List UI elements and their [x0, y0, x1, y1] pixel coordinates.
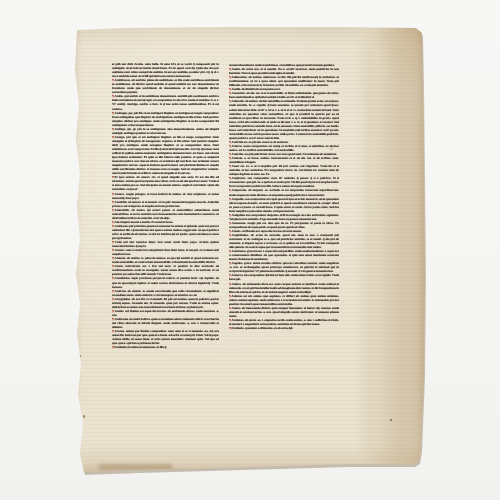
entry-text: Amicabilis. ab amico. q̃d amari potest. … — [112, 208, 219, 220]
entry-paragraph: ¶Amicabilis. ab amico. q̃d amari potest.… — [112, 208, 219, 220]
text-column-left: et pāb aut dicit Araba. ania bella. Si a… — [112, 62, 219, 395]
entry-paragraph: ¶Amara. magis pelagus. et bona habent in… — [112, 192, 219, 200]
foxing-speck — [78, 355, 81, 357]
entry-paragraph: ¶Ambo. qui ambit. et in ambitione denomi… — [112, 94, 219, 110]
entry-text: Amygdalus. ab ara ibi. et si amauit. ibi… — [112, 297, 219, 309]
entry-paragraph: ¶Fenitudo ab anima et ammano. ex illo q̃… — [112, 345, 219, 349]
entry-text: Fenitudo ab anima et ammano. ex illo q̃. — [114, 345, 167, 349]
entry-text: Anathema. grecum est. i. separatio uel p… — [229, 249, 339, 261]
entry-paragraph: ¶Ambrosia. ab ambris dicta. quia ex suau… — [112, 317, 219, 329]
entry-paragraph: ¶Amictus. ab amicio .is. uestis sacerdot… — [112, 289, 219, 297]
entry-text: Amabilis. ab amore. et si amauit. et me … — [112, 200, 219, 208]
entry-text: Angelus. grece. latine nuntius dicitur. … — [229, 261, 339, 273]
deckled-edge-left — [68, 24, 80, 476]
entry-text: Ambrosia. ab ambris dicta. quia ex suaui… — [112, 317, 219, 329]
photograph-background: et pāb aut dicit Araba. ania bella. Si a… — [0, 0, 500, 500]
entry-paragraph: ¶Fenitudo. quoniam a sibimetus. ex ab ac… — [229, 326, 339, 330]
entry-text: Amor est. ex. a. et si amplius pōt. ibi … — [229, 164, 339, 176]
entry-text: Ampulla. sua componitur ab capis quod ab… — [229, 197, 339, 213]
entry-text: Vnde pōt nisi mancias fiunt. Sed amet. u… — [112, 240, 219, 248]
entry-text: Animalis. ab anima. de hōc amabilia et a… — [229, 99, 339, 139]
entry-text: Amans. sunt a coniectura simpliciter ibu… — [112, 248, 219, 256]
manuscript-leaf: et pāb aut dicit Araba. ania bella. Si a… — [68, 24, 428, 476]
entry-text: Amago. pōt qui. et est ambigere fingitur… — [112, 135, 219, 175]
entry-text: Amara. magis pelagus. et bona habent in … — [112, 192, 219, 200]
entry-text: Et ipsa anima. ab amore .ris. et quod si… — [112, 175, 219, 191]
entry-text: Anula. ab actus sua. et si amella. Na a.… — [229, 67, 339, 75]
entry-paragraph: ¶Ambigo. gis. gi. pōt in se ambiguum. si… — [112, 127, 219, 135]
entry-paragraph: ¶Animositas. ab anima. animosus. ex illo… — [229, 75, 339, 87]
entry-paragraph: ¶Annus. ab innouando dicitur. quia sempe… — [229, 306, 339, 318]
entry-paragraph: ¶Amplexus. sua componitur cum. ib' ambul… — [229, 176, 339, 188]
entry-text: Ambianos pōt primitus quoniam mouetur in… — [112, 224, 219, 240]
entry-paragraph: et pāb aut dicit Araba. ania bella. Si a… — [112, 62, 219, 78]
entry-paragraph: ¶Ampulla. sua componitur ab capis quod a… — [229, 197, 339, 213]
entry-paragraph: ¶Ambages. ges. pōt ibi. et est ambigere … — [112, 111, 219, 127]
entry-paragraph: ¶Amago. pōt qui. et est ambigere fingitu… — [112, 135, 219, 175]
entry-text: Ambo. qui ambit. et in ambitione denomin… — [112, 94, 219, 110]
entry-text: Anxietas. ab anxio .as. i. angustia cord… — [229, 318, 339, 326]
bottom-edge-smudge — [98, 464, 173, 470]
entry-text: Amomum. magis pōt est. eius que de ex. E… — [229, 221, 339, 229]
entry-text: et pāb aut dicit Araba. ania bella. Si a… — [112, 62, 219, 78]
entry-paragraph: ¶Amnis. cui fluuius est aqua decurrens. … — [112, 309, 219, 317]
text-column-right: suaue minosituant. unde si ambitiosa. et… — [229, 63, 339, 392]
entry-text: Amicus. meus componitur. est suisq̃. ut … — [229, 144, 339, 152]
entry-paragraph: ¶Amurca. ius componitur. q̃d nisi est fa… — [229, 273, 339, 281]
entry-paragraph: ¶Ambitiosus. ab ambitu. plena de ambitio… — [112, 78, 219, 94]
entry-paragraph: ¶Ambianos pōt primitus quoniam mouetur i… — [112, 224, 219, 240]
entry-text: Ambages. ges. pōt ibi. et est ambigere f… — [112, 111, 219, 127]
entry-paragraph: ¶Amen. hebraicum est. i. fiat uel uere. … — [112, 264, 219, 276]
entry-text: Amputatio. ab amputo .as. uerbale. et es… — [229, 188, 339, 196]
entry-text: Amen. hebraicum est. i. fiat uel uere. e… — [112, 264, 219, 276]
entry-text: Animus est uis anime qua sapimus. et dif… — [229, 294, 339, 306]
entry-paragraph: ¶Aroma. anime per limites componitur. na… — [112, 329, 219, 345]
entry-paragraph: ¶Anula. ab actus sua. et si amella. Na a… — [229, 67, 339, 75]
foxing-speck — [390, 419, 392, 421]
entry-paragraph: ¶Angelus. grece. latine nuntius dicitur.… — [229, 261, 339, 273]
entry-paragraph: ¶Amputatio. ab amputo .as. uerbale. et e… — [229, 188, 339, 196]
foxing-speck — [83, 415, 85, 418]
entry-paragraph: ¶Animus est uis anime qua sapimus. et di… — [229, 294, 339, 306]
entry-text: Animositas. ab anima. animosus. ex illo.… — [229, 75, 339, 87]
entry-paragraph: ¶Anathema. grecum est. i. separatio uel … — [229, 249, 339, 261]
entry-text: Anima. ab animando dicta est. quia corpu… — [229, 282, 339, 294]
entry-paragraph: ¶Amomum. magis pōt est. eius que de ex. … — [229, 221, 339, 229]
entry-paragraph: ¶Amethistus. lapis preciosus purpurei co… — [112, 276, 219, 288]
entry-paragraph: ¶Amor est. ex. a. et si amplius pōt. ibi… — [229, 164, 339, 176]
entry-paragraph: ¶Amabilis. ab amore. et si amauit. et me… — [112, 200, 219, 208]
entry-paragraph: ¶Vnde pōt nisi mancias fiunt. Sed amet. … — [112, 240, 219, 248]
paper-corner-stain — [368, 24, 428, 94]
entry-paragraph: ¶Et ipsa anima. ab amore .ris. et quod s… — [112, 175, 219, 191]
entry-paragraph: ¶Anima. ab animando dicta est. quia corp… — [229, 282, 339, 294]
entry-text: Aroma. anime per limites componitur. nam… — [112, 329, 219, 345]
paper-tone-band — [363, 32, 405, 466]
entry-paragraph: ¶Amicus. meus componitur. est suisq̃. ut… — [229, 144, 339, 152]
entry-text: Fenitudo. quoniam a sibimetus. ex ab act… — [231, 326, 293, 330]
entry-text: Amethistus. lapis preciosus purpurei col… — [112, 276, 219, 288]
entry-paragraph: ¶Anxietas. ab anxio .as. i. angustia cor… — [229, 318, 339, 326]
entry-text: Ambitiosus. ab ambitu. plena de ambition… — [112, 78, 219, 94]
entry-text: Amictus. ab amicio .is. uestis sacerdota… — [112, 289, 219, 297]
entry-text: Amnis. cui fluuius est aqua decurrens. a… — [112, 309, 219, 317]
entry-paragraph: ¶Amigdala. ius componitur de ipsius. et … — [229, 213, 339, 221]
entry-paragraph: ¶Amphibalus. ab actus de armatio. quod a… — [229, 233, 339, 249]
entry-text: Annus. ab innouando dicitur. quia semper… — [229, 306, 339, 318]
entry-paragraph: ¶Amygdalus. ab ara ibi. et si amauit. ib… — [112, 297, 219, 309]
entry-text: Amphibalus. ab actus de armatio. quod aī… — [229, 233, 339, 249]
entry-text: Amplexus. sua componitur cum. ib' ambulo… — [229, 176, 339, 188]
entry-paragraph: ¶Amissio. a. ex bona. ambus. instrumenti… — [229, 156, 339, 164]
entry-text: Amigdala. ius componitur de ipsius. et f… — [229, 213, 339, 221]
entry-paragraph: ¶Animalis. ab anima. de hōc amabilia et … — [229, 99, 339, 139]
entry-text: Amissio. a. ex bona. ambus. instrumentis… — [229, 156, 339, 164]
entry-text: Ambigo. gis. gi. pōt in se ambiguum. sin… — [112, 127, 219, 135]
entry-text: Amurca. ius componitur. q̃d nisi est fae… — [229, 273, 339, 281]
